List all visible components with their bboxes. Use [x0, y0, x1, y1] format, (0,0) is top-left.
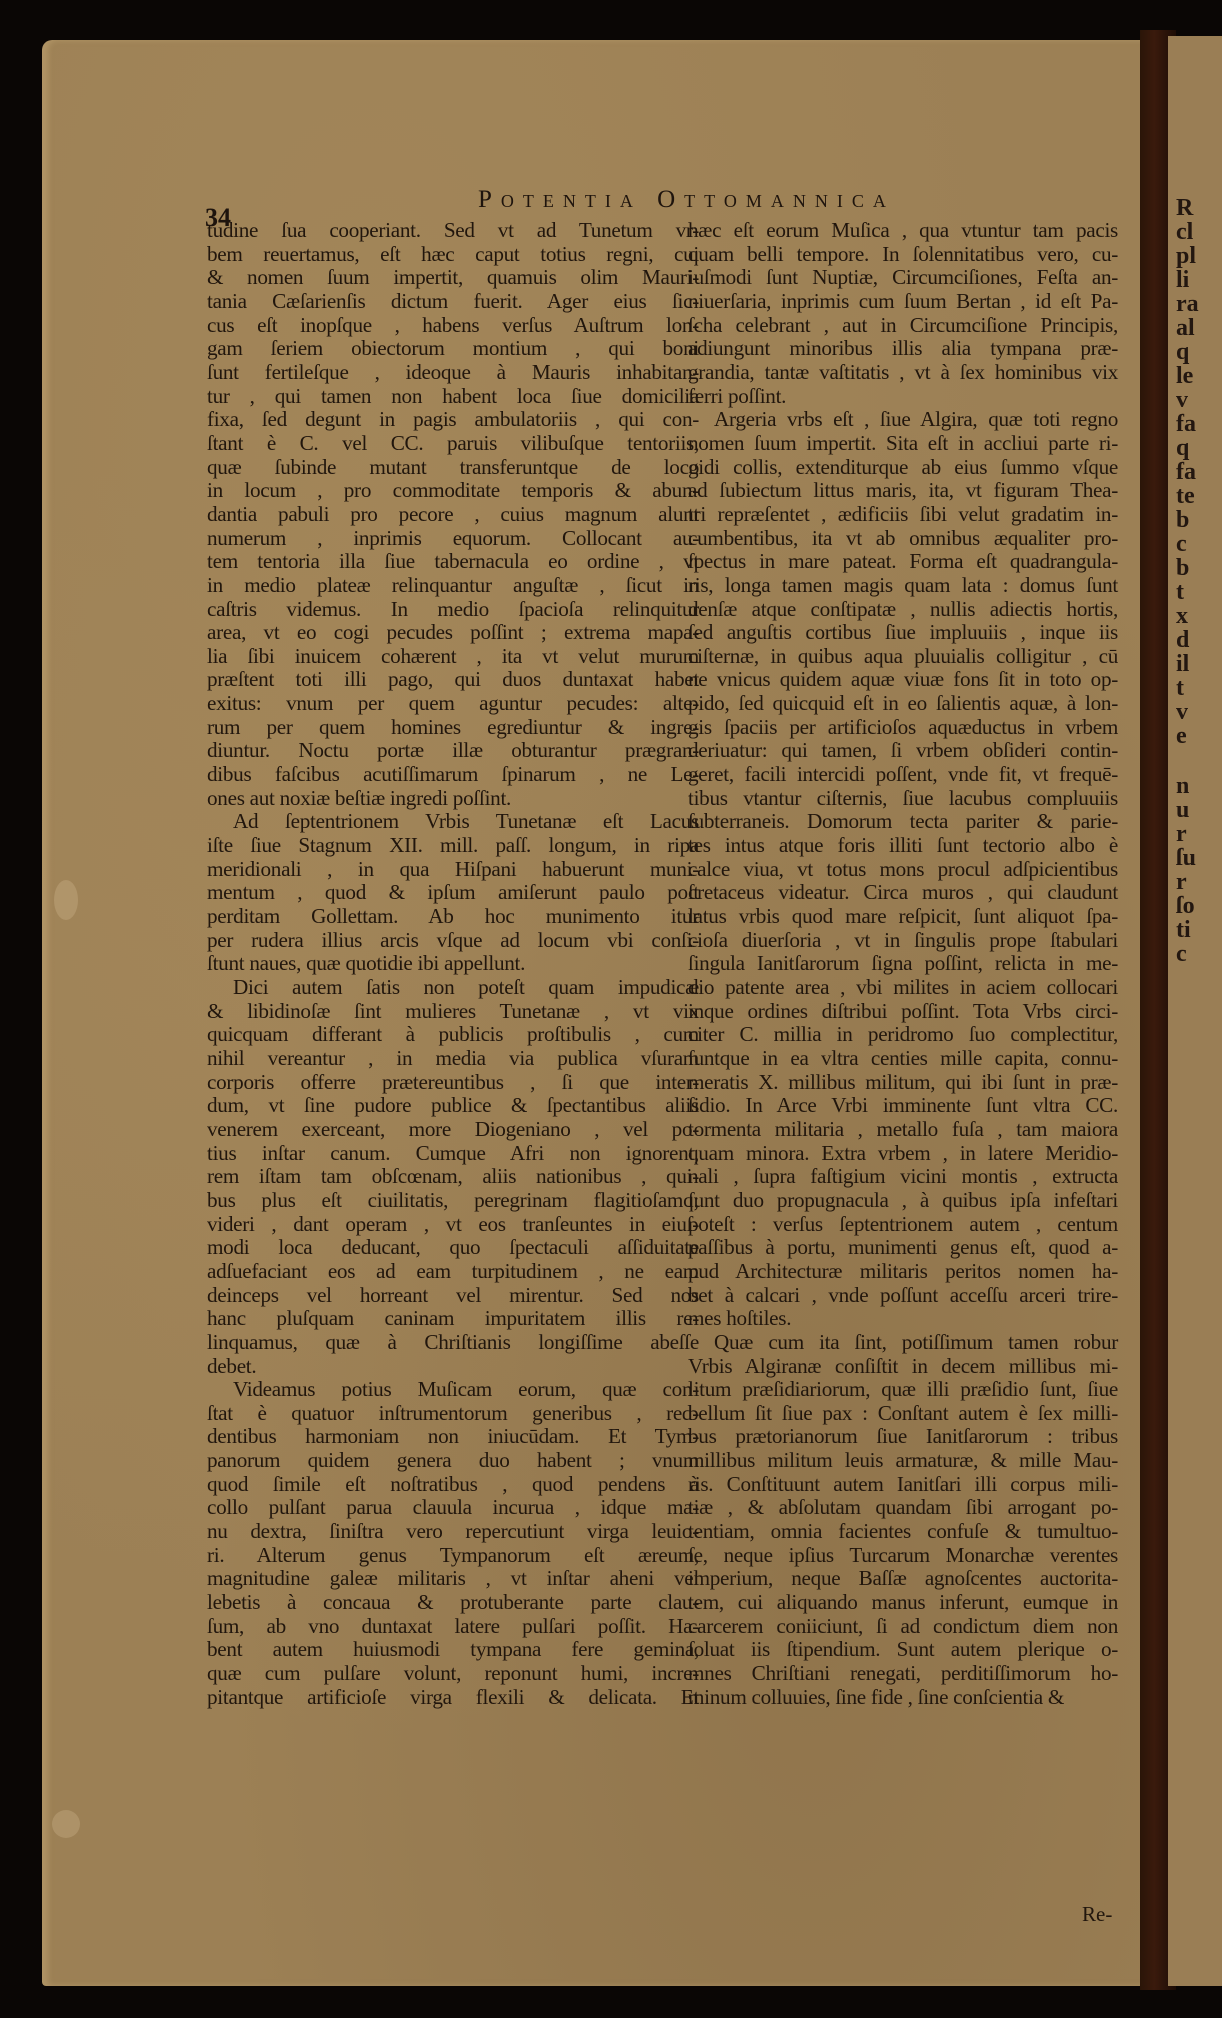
facing-page-edge: Rclplliraalqlevfaqfatebcbtxdiltvenurſurſ… [1168, 36, 1222, 1986]
facing-page-text-fragment: ſu [1176, 846, 1196, 870]
text-line: nomen ſuum impertit. Sita eſt in accliui… [688, 432, 1118, 456]
facing-page-text-fragment: u [1176, 798, 1189, 822]
text-line: ri. Alterum genus Tympanorum eſt æreum, [207, 1544, 699, 1568]
text-line: quam minora. Extra vrbem , in latere Mer… [688, 1142, 1118, 1166]
facing-page-text-fragment: b [1176, 508, 1189, 532]
text-line: in medio plateæ relinquantur anguſtæ , ſ… [207, 574, 699, 598]
text-line: perditam Gollettam. Ab hoc munimento itu… [207, 905, 699, 929]
text-line: ris. Conſtituunt autem Ianitſari illi co… [688, 1473, 1118, 1497]
text-line: meridionali , in qua Hiſpani habuerunt m… [207, 858, 699, 882]
text-line: tiæ , & abſolutam quandam ſibi arrogant … [688, 1496, 1118, 1520]
text-line: tibus vtantur ciſternis, ſiue lacubus co… [688, 787, 1118, 811]
text-line: magnitudine galeæ militaris , vt inſtar … [207, 1567, 699, 1591]
text-line: rem iſtam tam obſcœnam, aliis nationibus… [207, 1165, 699, 1189]
text-line: mnes Chriſtiani renegati, perditiſſimoru… [688, 1662, 1118, 1686]
text-line: hæc eſt eorum Muſica , qua vtuntur tam p… [688, 219, 1118, 243]
text-line: carcerem coniiciunt, ſi ad condictum die… [688, 1615, 1118, 1639]
text-line: ſtunt naues, quæ quotidie ibi appellunt. [207, 952, 699, 976]
facing-page-text-fragment: d [1176, 628, 1189, 652]
text-line: tormenta militaria , metallo fuſa , tam … [688, 1118, 1118, 1142]
text-line: ferri poſſint. [688, 385, 1118, 409]
text-line: area, vt eo cogi pecudes poſſint ; extre… [207, 621, 699, 645]
text-line: quæ cum pulſare volunt, reponunt humi, i… [207, 1662, 699, 1686]
text-line: ſidio. In Arce Vrbi imminente ſunt vltra… [688, 1094, 1118, 1118]
text-line: tudine ſua cooperiant. Sed vt ad Tunetum… [207, 219, 699, 243]
text-line: tur , qui tamen non habent loca ſiue dom… [207, 385, 699, 409]
text-line: dentibus harmoniam non iniucūdam. Et Tym… [207, 1425, 699, 1449]
facing-page-text-fragment: il [1176, 652, 1189, 676]
text-line: hanc pluſquam caninam impuritatem illis … [207, 1307, 699, 1331]
text-line: quæ ſubinde mutant transferuntque de loc… [207, 456, 699, 480]
left-column: tudine ſua cooperiant. Sed vt ad Tunetum… [207, 219, 699, 1709]
text-line: Dici autem ſatis non poteſt quam impudic… [207, 976, 699, 1000]
text-line: tri repræſentet , ædificiis ſibi velut g… [688, 503, 1118, 527]
text-line: adſuefaciant eos ad eam turpitudinem , n… [207, 1260, 699, 1284]
text-line: bus plus eſt ciuilitatis, peregrinam fla… [207, 1189, 699, 1213]
facing-page-text-fragment: fa [1176, 412, 1196, 436]
text-line: diuntur. Noctu portæ illæ obturantur præ… [207, 739, 699, 763]
text-line: in locum , pro commoditate temporis & ab… [207, 479, 699, 503]
text-line: Argeria vrbs eſt , ſiue Algira, quæ toti… [688, 408, 1118, 432]
text-line: niuerſaria, inprimis cum ſuum Bertan , i… [688, 290, 1118, 314]
text-line: ſed anguſtis cortibus ſiue impluuiis , i… [688, 621, 1118, 645]
text-line: ſtant è C. vel CC. paruis vilibuſque ten… [207, 432, 699, 456]
text-line: citer C. millia in peridromo ſuo complec… [688, 1023, 1118, 1047]
text-line: linquamus, quæ à Chriſtianis longiſſime … [207, 1331, 699, 1355]
text-line: ſum, ab vno duntaxat latere pulſari poſſ… [207, 1615, 699, 1639]
running-head: Potentia Ottomannica [478, 186, 895, 214]
text-line: tania Cæſarienſis dictum fuerit. Ager ei… [207, 290, 699, 314]
text-line: panorum quidem genera duo habent ; vnum [207, 1449, 699, 1473]
text-line: deinceps vel horreant vel mirentur. Sed … [207, 1284, 699, 1308]
facing-page-text-fragment: pl [1176, 244, 1196, 268]
text-line: pido, ſed quicquid eſt in eo ſalientis a… [688, 692, 1118, 716]
facing-page-text-fragment: v [1176, 388, 1188, 412]
text-line: gidi collis, extenditurque ab eius ſummo… [688, 456, 1118, 480]
text-line: ſubterraneis. Domorum tecta pariter & pa… [688, 810, 1118, 834]
text-line: ſingula Ianitſarorum ſigna poſſint, reli… [688, 952, 1118, 976]
text-line: & libidinoſæ ſint mulieres Tunetanæ , vt… [207, 1000, 699, 1024]
text-line: denſæ atque conſtipatæ , nullis adiectis… [688, 598, 1118, 622]
text-line: tem, cui aliquando manus inferunt, eumqu… [688, 1591, 1118, 1615]
text-line: bellum ſit ſiue pax : Conſtant autem è ſ… [688, 1402, 1118, 1426]
text-line: numerum , inprimis equorum. Collocant au… [207, 527, 699, 551]
text-line: exitus: vnum per quem aguntur pecudes: a… [207, 692, 699, 716]
text-line: ſe, neque ipſius Turcarum Monarchæ veren… [688, 1544, 1118, 1568]
text-line: litum præſidiariorum, quæ illi præſidio … [688, 1378, 1118, 1402]
text-line: geret, facili intercidi poſſent, vnde fi… [688, 763, 1118, 787]
text-line: ciſternæ, in quibus aqua pluuialis colli… [688, 645, 1118, 669]
facing-page-text-fragment: e [1176, 724, 1187, 748]
facing-page-text-fragment: ti [1176, 918, 1191, 942]
text-line: nali , ſupra faſtigium vicini montis , e… [688, 1165, 1118, 1189]
facing-page-text-fragment: fa [1176, 460, 1196, 484]
text-line: dum, vt ſine pudore publice & ſpectantib… [207, 1094, 699, 1118]
text-line: tem tentoria illa ſiue tabernacula eo or… [207, 550, 699, 574]
text-line: bet à calcari , vnde poſſunt acceſſu arc… [688, 1284, 1118, 1308]
text-line: adiungunt minoribus illis alia tympana p… [688, 337, 1118, 361]
text-line: dio patente area , vbi milites in aciem … [688, 976, 1118, 1000]
text-line: collo pulſant parua clauula incurua , id… [207, 1496, 699, 1520]
catchword: Re- [1082, 1902, 1112, 1927]
text-line: tentiam, omnia facientes confuſe & tumul… [688, 1520, 1118, 1544]
text-line: cioſa diuerſoria , vt in ſingulis prope … [688, 929, 1118, 953]
text-line: imperium, neque Baſſæ agnoſcentes auctor… [688, 1567, 1118, 1591]
text-line: præſtent toti illi pago, qui duos duntax… [207, 668, 699, 692]
facing-page-text-fragment: ra [1176, 292, 1199, 316]
text-line: ſtat è quatuor inſtrumentorum generibus … [207, 1402, 699, 1426]
text-line: cus eſt inopſque , habens verſus Auſtrum… [207, 314, 699, 338]
text-line: gam ſeriem obiectorum montium , qui boni [207, 337, 699, 361]
text-line: caſtris videmus. In medio ſpacioſa relin… [207, 598, 699, 622]
text-line: gis ſpaciis per artificioſos aquæductus … [688, 716, 1118, 740]
text-line: quicquam differant à publicis proſtibuli… [207, 1023, 699, 1047]
text-line: inque ordines diſtribui poſſint. Tota Vr… [688, 1000, 1118, 1024]
text-line: Videamus potius Muſicam eorum, quæ con- [207, 1378, 699, 1402]
text-line: millibus militum leuis armaturæ, & mille… [688, 1449, 1118, 1473]
text-line: deriuatur: qui tamen, ſi vrbem obſideri … [688, 739, 1118, 763]
text-line: iuſmodi ſunt Nuptiæ, Circumciſiones, Feſ… [688, 266, 1118, 290]
paper-stain [52, 1810, 80, 1838]
right-column: hæc eſt eorum Muſica , qua vtuntur tam p… [688, 219, 1118, 1709]
text-line: ad ſubiectum littus maris, ita, vt figur… [688, 479, 1118, 503]
text-line: latus vrbis quod mare reſpicit, ſunt ali… [688, 905, 1118, 929]
text-line: bent autem huiusmodi tympana fere gemina… [207, 1638, 699, 1662]
text-line: modi loca deducant, quo ſpectaculi aſſid… [207, 1236, 699, 1260]
text-line: minum colluuies, ſine fide , ſine conſci… [688, 1686, 1118, 1710]
text-line: ſunt fertileſque , ideoque à Mauris inha… [207, 361, 699, 385]
text-line: meratis X. millibus militum, qui ibi ſun… [688, 1071, 1118, 1095]
text-line: cumbentibus, ita vt ab omnibus æqualiter… [688, 527, 1118, 551]
text-line: fixa, ſed degunt in pagis ambulatoriis ,… [207, 408, 699, 432]
facing-page-text-fragment: li [1176, 268, 1189, 292]
text-line: Quæ cum ita ſint, potiſſimum tamen robur [688, 1331, 1118, 1355]
text-line: paſſibus à portu, munimenti genus eſt, q… [688, 1236, 1118, 1260]
text-line: bem reuertamus, eſt hæc caput totius reg… [207, 243, 699, 267]
text-line: ſuntque in ea vltra centies mille capita… [688, 1047, 1118, 1071]
facing-page-text-fragment: q [1176, 340, 1189, 364]
text-line: nu dextra, ſiniſtra vero repercutiunt vi… [207, 1520, 699, 1544]
text-line: tes intus atque foris illiti ſunt tector… [688, 834, 1118, 858]
facing-page-text-fragment: n [1176, 774, 1189, 798]
text-line: Ad ſeptentrionem Vrbis Tunetanæ eſt Lacu… [207, 810, 699, 834]
text-line: rum per quem homines egrediuntur & ingre… [207, 716, 699, 740]
facing-page-text-fragment: R [1176, 196, 1193, 220]
text-line: bus prætorianorum ſiue Ianitſarorum : tr… [688, 1425, 1118, 1449]
text-line: grandia, tantæ vaſtitatis , vt à ſex hom… [688, 361, 1118, 385]
text-line: lebetis à concaua & protuberante parte c… [207, 1591, 699, 1615]
text-line: venerem exerceant, more Diogeniano , vel… [207, 1118, 699, 1142]
text-line: dantia pabuli pro pecore , cuius magnum … [207, 503, 699, 527]
text-line: pud Architecturæ militaris peritos nomen… [688, 1260, 1118, 1284]
facing-page-text-fragment: r [1176, 822, 1187, 846]
text-line: lia ſibi inuicem cohærent , ita vt velut… [207, 645, 699, 669]
text-line: poteſt : verſus ſeptentrionem autem , ce… [688, 1213, 1118, 1237]
text-line: ſunt duo propugnacula , à quibus ipſa in… [688, 1189, 1118, 1213]
text-line: calce viua, vt totus mons procul adſpici… [688, 858, 1118, 882]
text-line: debet. [207, 1355, 699, 1379]
text-line: iſte ſiue Stagnum XII. mill. paſſ. longu… [207, 834, 699, 858]
paper-stain [54, 880, 78, 920]
facing-page-text-fragment: r [1176, 870, 1187, 894]
facing-page-text-fragment: q [1176, 436, 1189, 460]
facing-page-text-fragment: c [1176, 942, 1187, 966]
text-line: per rudera illius arcis vſque ad locum v… [207, 929, 699, 953]
text-line: & nomen ſuum impertit, quamuis olim Maur… [207, 266, 699, 290]
text-line: quod ſimile eſt noſtratibus , quod pende… [207, 1473, 699, 1497]
text-line: ſcha celebrant , aut in Circumciſione Pr… [688, 314, 1118, 338]
facing-page-text-fragment: t [1176, 580, 1184, 604]
text-line: ſpectus in mare pateat. Forma eſt quadra… [688, 550, 1118, 574]
text-line: ſoluat iis ſtipendium. Sunt autem pleriq… [688, 1638, 1118, 1662]
facing-page-text-fragment: cl [1176, 220, 1193, 244]
facing-page-text-fragment: t [1176, 676, 1184, 700]
text-line: videri , dant operam , vt eos tranſeunte… [207, 1213, 699, 1237]
text-line: pitantque artificioſe virga flexili & de… [207, 1686, 699, 1710]
facing-page-text-fragment: ſo [1176, 894, 1195, 918]
text-line: ones aut noxiæ beſtiæ ingredi poſſint. [207, 787, 699, 811]
text-line: corporis offerre prætereuntibus , ſi que… [207, 1071, 699, 1095]
text-line: mentum , quod & ipſum amiſerunt paulo po… [207, 881, 699, 905]
facing-page-text-fragment: c [1176, 532, 1187, 556]
facing-page-text-fragment: le [1176, 364, 1193, 388]
facing-page-text-fragment: b [1176, 556, 1189, 580]
text-line: quam belli tempore. In ſolennitatibus ve… [688, 243, 1118, 267]
text-line: cretaceus videatur. Circa muros , qui cl… [688, 881, 1118, 905]
text-line: Vrbis Algiranæ conſiſtit in decem millib… [688, 1355, 1118, 1379]
facing-page-text-fragment: v [1176, 700, 1188, 724]
text-line: nihil vereantur , in media via publica v… [207, 1047, 699, 1071]
facing-page-text-fragment: al [1176, 316, 1195, 340]
text-line: ris, longa tamen magis quam lata : domus… [688, 574, 1118, 598]
text-line: tius inſtar canum. Cumque Afri non ignor… [207, 1142, 699, 1166]
text-line: ne vnicus quidem aquæ viuæ fons ſit in t… [688, 668, 1118, 692]
facing-page-text-fragment: x [1176, 604, 1188, 628]
text-line: dibus faſcibus acutiſſimarum ſpinarum , … [207, 763, 699, 787]
facing-page-text-fragment: te [1176, 484, 1195, 508]
text-line: mes hoſtiles. [688, 1307, 1118, 1331]
